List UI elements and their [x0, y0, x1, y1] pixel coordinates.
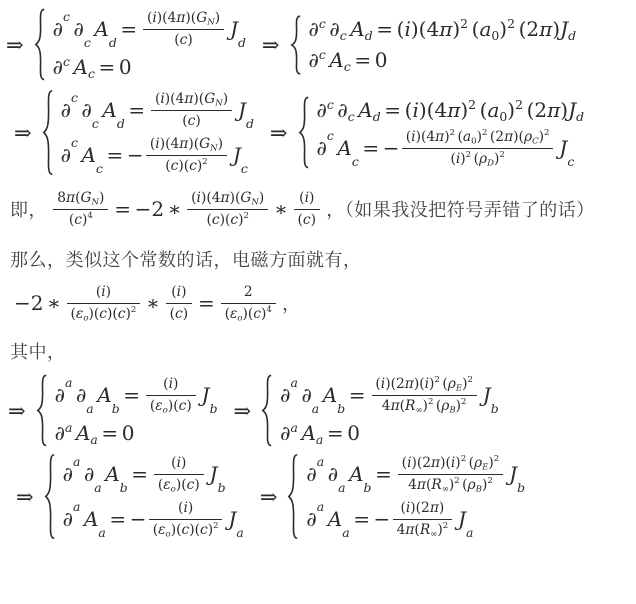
implies-arrow: ⇒ — [14, 121, 32, 145]
math-glyph: )(2 — [411, 455, 431, 471]
left-brace — [261, 374, 273, 447]
superscript: a — [317, 454, 324, 469]
math-glyph: c — [74, 212, 82, 228]
math-glyph: ρ — [479, 151, 487, 167]
cases-equation: ∂cAc=−(i)(4π)(GN)(c)(c)2Jc — [61, 136, 254, 174]
math-glyph: = — [327, 421, 344, 445]
math-glyph: J — [509, 462, 517, 486]
math-glyph: J — [568, 98, 576, 122]
math-glyph: − — [383, 136, 400, 160]
math-glyph: R — [431, 477, 441, 493]
subscript: b — [120, 480, 128, 495]
math-glyph: A — [350, 17, 364, 41]
math-document: ⇒∂c∂cAd=(i)(4π)(GN)(c)Jd∂cAc=0⇒∂c∂cAd=(i… — [0, 0, 636, 540]
numerator: (i) — [295, 190, 318, 206]
fraction: (i)(2π)4π(R∞)2 — [393, 500, 452, 538]
math-glyph: ( — [480, 98, 488, 122]
subscript: c — [241, 161, 248, 176]
math-glyph: ) — [186, 398, 191, 414]
math-glyph: ∂ — [61, 143, 71, 167]
cases-group: ∂c∂cAd=(i)(4π)2(a0)2(2π)Jd∂cAc=−(i)(4π)2… — [298, 96, 585, 169]
fraction: (i)(4π)(GN)(c)(c)2 — [187, 190, 268, 228]
math-glyph: = — [120, 17, 137, 41]
prose-text: 即， — [10, 196, 47, 222]
math-glyph: π — [539, 17, 552, 41]
math-glyph: ) — [499, 17, 507, 41]
math-glyph: π — [405, 522, 414, 538]
math-glyph: )( — [189, 522, 200, 538]
math-glyph: ) — [311, 212, 316, 228]
math-glyph: A — [97, 383, 111, 407]
math-glyph: )(2 — [385, 376, 405, 392]
subscript: b — [517, 480, 525, 495]
math-glyph: )( — [243, 306, 254, 322]
math-glyph: )(2 — [410, 500, 430, 516]
math-glyph: G — [204, 91, 215, 107]
math-glyph: ρ — [468, 477, 476, 493]
math-glyph: c — [175, 306, 183, 322]
subscript: a — [86, 401, 93, 416]
math-glyph: ) — [195, 113, 200, 129]
math-glyph: )(4 — [201, 190, 221, 206]
subscript: d — [246, 116, 254, 131]
denominator: 4π(R∞)2(ρB)2 — [404, 477, 496, 493]
math-glyph: G — [81, 190, 92, 206]
prose-text: ，（如果我没把符号弄错了的话） — [326, 196, 595, 222]
em-cases-lorenz-row: ⇒∂a∂aAb=(i)(εo)(c)Jb∂aAa=0⇒∂a∂aAb=(i)(2π… — [8, 374, 636, 447]
math-glyph: ) — [223, 91, 228, 107]
cases-rows: ∂c∂cAd=(i)(4π)(GN)(c)Jd∂cAc=−(i)(4π)(GN)… — [54, 89, 254, 176]
em-constant-identity-line: −2∗(i)(εo)(c)(c)2∗(i)(c)=2(εo)(c)4， — [14, 284, 636, 322]
math-glyph: A — [76, 421, 90, 445]
fraction-bar — [187, 209, 268, 210]
denominator: (εo)(c)(c)2 — [149, 522, 223, 538]
math-glyph: A — [328, 507, 342, 531]
gravity-cases-lorenz-row: ⇒∂c∂cAd=(i)(4π)(GN)(c)Jd∂cAc=0⇒∂c∂cAd=(i… — [6, 8, 636, 81]
math-glyph: −2 — [135, 197, 164, 221]
math-glyph: (2 — [527, 98, 548, 122]
superscript: c — [63, 9, 70, 24]
denominator: 4π(R∞)2(ρB)2 — [378, 398, 470, 414]
subscript: 0 — [491, 28, 499, 43]
subscript: C — [532, 136, 539, 146]
math-glyph: a — [479, 17, 491, 41]
fraction: (i)(c) — [166, 284, 192, 322]
superscript: 4 — [266, 305, 271, 315]
implies-arrow: ⇒ — [260, 485, 278, 509]
math-glyph: π — [435, 129, 444, 145]
math-glyph: J — [560, 17, 568, 41]
math-glyph: )( — [230, 190, 241, 206]
subscript: d — [109, 35, 117, 50]
math-glyph: )( — [193, 91, 204, 107]
fraction-bar — [53, 209, 108, 210]
superscript: c — [63, 54, 70, 69]
math-glyph: π — [430, 500, 439, 516]
superscript: 2 — [434, 375, 439, 385]
math-glyph: = — [131, 462, 148, 486]
superscript: a — [317, 499, 324, 514]
subscript: o — [171, 484, 176, 494]
subscript: c — [567, 154, 574, 169]
subscript: N — [92, 197, 99, 207]
fraction-bar — [149, 519, 223, 520]
subscript: d — [576, 109, 584, 124]
left-brace — [298, 96, 310, 169]
cases-group: ∂a∂aAb=(i)(2π)(i)2(ρE)24π(R∞)2(ρB)2Jb∂aA… — [287, 453, 525, 540]
cases-rows: ∂a∂aAb=(i)(2π)(i)2(ρE)24π(R∞)2(ρB)2Jb∂aA… — [299, 453, 525, 540]
math-glyph: )( — [185, 10, 196, 26]
math-glyph: ρ — [448, 376, 456, 392]
denominator: (c) — [166, 306, 192, 322]
math-glyph: c — [212, 212, 220, 228]
math-glyph: )( — [107, 306, 118, 322]
math-glyph: A — [337, 136, 351, 160]
math-glyph: ) — [194, 477, 199, 493]
math-glyph: π — [431, 455, 440, 471]
subscript: 0 — [471, 136, 476, 146]
math-glyph: ∂ — [317, 136, 327, 160]
fraction: (i)(4π)(GN)(c) — [151, 91, 232, 129]
inline-equation: −2∗(i)(εo)(c)(c)2∗(i)(c)=2(εo)(c)4 — [14, 284, 278, 322]
numerator: (i)(2π)(i)2(ρE)2 — [372, 376, 477, 392]
math-glyph: ) — [181, 284, 186, 300]
math-glyph: ∂ — [63, 462, 73, 486]
fraction: 8π(GN)(c)4 — [53, 190, 108, 228]
superscript: a — [73, 499, 80, 514]
cases-equation: ∂a∂aAb=(i)(εo)(c)Jb — [63, 455, 244, 493]
implies-arrow: ⇒ — [234, 399, 252, 423]
superscript: 2 — [515, 97, 523, 112]
cases-group: ∂c∂cAd=(i)(4π)(GN)(c)Jd∂cAc=−(i)(4π)(GN)… — [42, 89, 254, 176]
math-glyph: ∂ — [74, 17, 84, 41]
math-glyph: ) — [309, 190, 314, 206]
math-glyph: c — [188, 113, 196, 129]
prose-text: ， — [282, 290, 301, 316]
math-glyph: ) — [188, 500, 193, 516]
math-glyph: 4 — [382, 398, 391, 414]
cases-equation: ∂a∂aAb=(i)(εo)(c)Jb — [55, 376, 218, 414]
subscript: 0 — [499, 109, 507, 124]
math-glyph: c — [179, 398, 187, 414]
math-glyph: G — [199, 136, 210, 152]
fraction-bar — [151, 110, 232, 111]
numerator: (i)(4π)(GN) — [143, 10, 224, 26]
implies-arrow: ⇒ — [262, 33, 280, 57]
cases-equation: ∂a∂aAb=(i)(2π)(i)2(ρE)24π(R∞)2(ρB)2Jb — [306, 455, 525, 493]
numerator: (i) — [167, 284, 190, 300]
math-glyph: π — [184, 91, 193, 107]
superscript: c — [327, 128, 334, 143]
numerator: (i)(4π)(GN) — [151, 91, 232, 107]
fraction-bar — [372, 395, 477, 396]
gravity-cases-gauge-row: ⇒∂c∂cAd=(i)(4π)(GN)(c)Jd∂cAc=−(i)(4π)(GN… — [14, 89, 636, 176]
fraction-bar — [402, 148, 553, 149]
math-glyph: )(4 — [411, 17, 439, 41]
denominator: (i)2(ρD)2 — [447, 151, 509, 167]
denominator: (εo)(c)(c)2 — [67, 306, 141, 322]
math-glyph: J — [458, 507, 466, 531]
math-glyph: (2 — [490, 129, 504, 145]
numerator: (i) — [167, 455, 190, 471]
fraction: (i)(εo)(c)(c)2 — [67, 284, 141, 322]
numerator: 2 — [240, 284, 257, 300]
math-glyph: 0 — [347, 421, 360, 445]
math-glyph: ( — [405, 98, 413, 122]
math-glyph: ∗ — [146, 291, 160, 315]
math-glyph: = — [376, 17, 393, 41]
math-glyph: a — [463, 129, 471, 145]
cases-group: ∂a∂aAb=(i)(εo)(c)Jb∂aAa=−(i)(εo)(c)(c)2J… — [44, 453, 244, 540]
math-glyph: ∂ — [82, 98, 92, 122]
math-glyph: = — [198, 291, 215, 315]
fraction-bar — [166, 303, 192, 304]
subscript: d — [365, 28, 373, 43]
math-glyph: A — [358, 98, 372, 122]
fraction: (i)(4π)2(a0)2(2π)(ρC)2(i)2(ρD)2 — [402, 129, 553, 167]
math-glyph: ) — [181, 455, 186, 471]
denominator: (εo)(c) — [146, 398, 196, 414]
superscript: 2 — [544, 128, 549, 138]
math-glyph: ε — [158, 522, 165, 538]
superscript: 2 — [467, 375, 472, 385]
math-glyph: 8 — [57, 190, 66, 206]
cases-equation: ∂aAa=−(i)(2π)4π(R∞)2Ja — [306, 500, 525, 538]
subscript: c — [348, 109, 355, 124]
fraction-bar — [294, 209, 320, 210]
subscript: a — [90, 432, 97, 447]
subscript: N — [207, 17, 214, 27]
math-glyph: A — [349, 462, 363, 486]
subscript: ∞ — [415, 405, 422, 415]
math-glyph: π — [439, 17, 452, 41]
subscript: B — [449, 405, 455, 415]
gravity-constant-identity-line: 即，8π(GN)(c)4=−2∗(i)(4π)(GN)(c)(c)2∗(i)(c… — [10, 190, 636, 228]
subscript: d — [238, 35, 246, 50]
math-glyph: ) — [106, 284, 111, 300]
math-glyph: R — [420, 522, 430, 538]
fraction: 2(εo)(c)4 — [221, 284, 276, 322]
fraction: (i)(c) — [294, 190, 320, 228]
math-glyph: 0 — [122, 421, 135, 445]
subscript: c — [96, 161, 103, 176]
math-glyph: ( — [397, 17, 405, 41]
implies-arrow: ⇒ — [6, 33, 24, 57]
math-glyph: J — [228, 507, 236, 531]
left-brace — [290, 15, 302, 75]
math-glyph: A — [105, 462, 119, 486]
superscript: 4 — [87, 211, 92, 221]
cases-equation: ∂c∂cAd=(i)(4π)(GN)(c)Jd — [53, 10, 246, 48]
subscript: E — [456, 383, 462, 393]
superscript: 2 — [482, 128, 487, 138]
math-glyph: )( — [188, 136, 199, 152]
math-glyph: )( — [414, 376, 425, 392]
left-brace — [34, 8, 46, 81]
math-glyph: ) — [259, 190, 264, 206]
math-glyph: ∂ — [53, 17, 63, 41]
math-glyph: ∂ — [61, 98, 71, 122]
subscript: N — [251, 197, 258, 207]
subscript: a — [236, 525, 243, 540]
superscript: 2 — [487, 476, 492, 486]
subscript: c — [84, 35, 91, 50]
subscript: b — [210, 401, 218, 416]
numerator: 8π(GN) — [53, 190, 108, 206]
subscript: c — [344, 59, 351, 74]
math-glyph: ε — [76, 306, 83, 322]
left-brace — [287, 453, 299, 540]
fraction-bar — [146, 155, 227, 156]
math-glyph: A — [82, 143, 96, 167]
prose-em-intro: 那么，类似这个常数的话，电磁方面就有， — [10, 246, 636, 272]
cases-equation: ∂aAa=0 — [55, 421, 218, 445]
math-glyph: c — [303, 212, 311, 228]
math-glyph: = — [123, 383, 140, 407]
superscript: c — [319, 47, 326, 62]
math-glyph: − — [374, 507, 391, 531]
math-glyph: ∂ — [55, 383, 65, 407]
math-glyph: ) — [187, 32, 192, 48]
fraction-bar — [143, 29, 224, 30]
math-glyph: ) — [173, 376, 178, 392]
math-glyph: = — [353, 507, 370, 531]
math-glyph: π — [417, 477, 426, 493]
math-glyph: π — [405, 376, 414, 392]
math-glyph: )(4 — [419, 98, 447, 122]
cases-rows: ∂a∂aAb=(i)(2π)(i)2(ρE)24π(R∞)2(ρB)2Jb∂aA… — [273, 374, 499, 447]
subscript: b — [491, 401, 499, 416]
math-glyph: ∗ — [274, 197, 288, 221]
numerator: (i) — [92, 284, 115, 300]
subscript: o — [83, 313, 88, 323]
cases-equation: ∂aAa=0 — [280, 421, 499, 445]
math-glyph: J — [559, 136, 567, 160]
subscript: D — [487, 158, 494, 168]
cases-equation: ∂c∂cAd=(i)(4π)2(a0)2(2π)Jd — [309, 17, 577, 41]
math-glyph: ∂ — [55, 421, 65, 445]
math-glyph: ) — [460, 98, 468, 122]
cases-rows: ∂c∂cAd=(i)(4π)2(a0)2(2π)Jd∂cAc=−(i)(4π)2… — [310, 96, 585, 169]
math-glyph: A — [323, 383, 337, 407]
math-glyph: π — [447, 98, 460, 122]
fraction: (i)(4π)(GN)(c)(c)2 — [146, 136, 227, 174]
cases-group: ∂c∂cAd=(i)(4π)(GN)(c)Jd∂cAc=0 — [34, 8, 246, 81]
math-glyph: a — [487, 98, 499, 122]
math-glyph: ) — [183, 306, 188, 322]
math-glyph: π — [66, 190, 75, 206]
math-glyph: ∂ — [306, 462, 316, 486]
subscript: a — [316, 432, 323, 447]
cases-rows: ∂c∂cAd=(i)(4π)2(a0)2(2π)Jd∂cAc=0 — [302, 15, 577, 75]
math-glyph: 0 — [119, 55, 132, 79]
superscript: 2 — [468, 97, 476, 112]
math-glyph: ∂ — [309, 17, 319, 41]
subscript: B — [476, 484, 482, 494]
math-glyph: )(4 — [160, 136, 180, 152]
superscript: 2 — [131, 305, 136, 315]
implies-arrow: ⇒ — [8, 399, 26, 423]
subscript: b — [337, 401, 345, 416]
math-glyph: )( — [513, 129, 524, 145]
denominator: (c) — [178, 113, 204, 129]
superscript: 2 — [450, 128, 455, 138]
left-brace — [42, 89, 54, 176]
left-brace — [36, 374, 48, 447]
math-glyph: ) — [560, 98, 568, 122]
cases-group: ∂a∂aAb=(i)(2π)(i)2(ρE)24π(R∞)2(ρB)2Jb∂aA… — [261, 374, 499, 447]
superscript: c — [327, 97, 334, 112]
superscript: 2 — [499, 150, 504, 160]
math-glyph: c — [181, 522, 189, 538]
math-glyph: = — [384, 98, 401, 122]
subscript: a — [338, 480, 345, 495]
em-cases-gauge-row: ⇒∂a∂aAb=(i)(εo)(c)Jb∂aAa=−(i)(εo)(c)(c)2… — [16, 453, 636, 540]
math-glyph: J — [238, 98, 246, 122]
math-glyph: J — [483, 383, 491, 407]
superscript: 2 — [461, 397, 466, 407]
subscript: b — [364, 480, 372, 495]
math-glyph: ) — [215, 10, 220, 26]
superscript: a — [290, 375, 297, 390]
math-glyph: π — [179, 136, 188, 152]
math-glyph: ∗ — [168, 197, 182, 221]
subscript: a — [98, 525, 105, 540]
math-glyph: )( — [171, 522, 182, 538]
superscript: 2 — [460, 16, 468, 31]
math-glyph: ) — [452, 17, 460, 41]
math-glyph: 2 — [244, 284, 253, 300]
cases-rows: ∂a∂aAb=(i)(εo)(c)Jb∂aAa=−(i)(εo)(c)(c)2J… — [56, 453, 244, 540]
math-glyph: )( — [220, 212, 231, 228]
superscript: a — [65, 420, 72, 435]
cases-equation: ∂c∂cAd=(i)(4π)(GN)(c)Jd — [61, 91, 254, 129]
math-glyph: 0 — [375, 48, 388, 72]
cases-group: ∂c∂cAd=(i)(4π)2(a0)2(2π)Jd∂cAc=0 — [290, 15, 577, 75]
cases-equation: ∂aAa=−(i)(εo)(c)(c)2Ja — [63, 500, 244, 538]
math-glyph: ε — [163, 477, 170, 493]
fraction-bar — [221, 303, 276, 304]
math-glyph: ( — [472, 17, 480, 41]
subscript: d — [373, 109, 381, 124]
math-glyph: π — [504, 129, 513, 145]
math-glyph: π — [220, 190, 229, 206]
math-glyph: = — [349, 383, 366, 407]
math-glyph: c — [171, 158, 179, 174]
fraction: (i)(2π)(i)2(ρE)24π(R∞)2(ρB)2 — [372, 376, 477, 414]
math-glyph: π — [176, 10, 185, 26]
math-glyph: − — [130, 507, 147, 531]
math-glyph: ∂ — [84, 462, 94, 486]
math-glyph: 4 — [408, 477, 417, 493]
subscript: o — [163, 405, 168, 415]
subscript: ∞ — [442, 484, 449, 494]
subscript: b — [218, 480, 226, 495]
subscript: a — [342, 525, 349, 540]
cases-group: ∂a∂aAb=(i)(εo)(c)Jb∂aAa=0 — [36, 374, 218, 447]
math-glyph: ∂ — [76, 383, 86, 407]
numerator: (i)(2π) — [397, 500, 449, 516]
cases-rows: ∂c∂cAd=(i)(4π)(GN)(c)Jd∂cAc=0 — [46, 8, 246, 81]
numerator: (i) — [174, 500, 197, 516]
math-glyph: c — [253, 306, 261, 322]
math-glyph: G — [196, 10, 207, 26]
math-glyph: = — [109, 507, 126, 531]
denominator: (c)(c)2 — [161, 158, 211, 174]
subscript: d — [117, 116, 125, 131]
subscript: a — [466, 525, 473, 540]
superscript: c — [319, 16, 326, 31]
